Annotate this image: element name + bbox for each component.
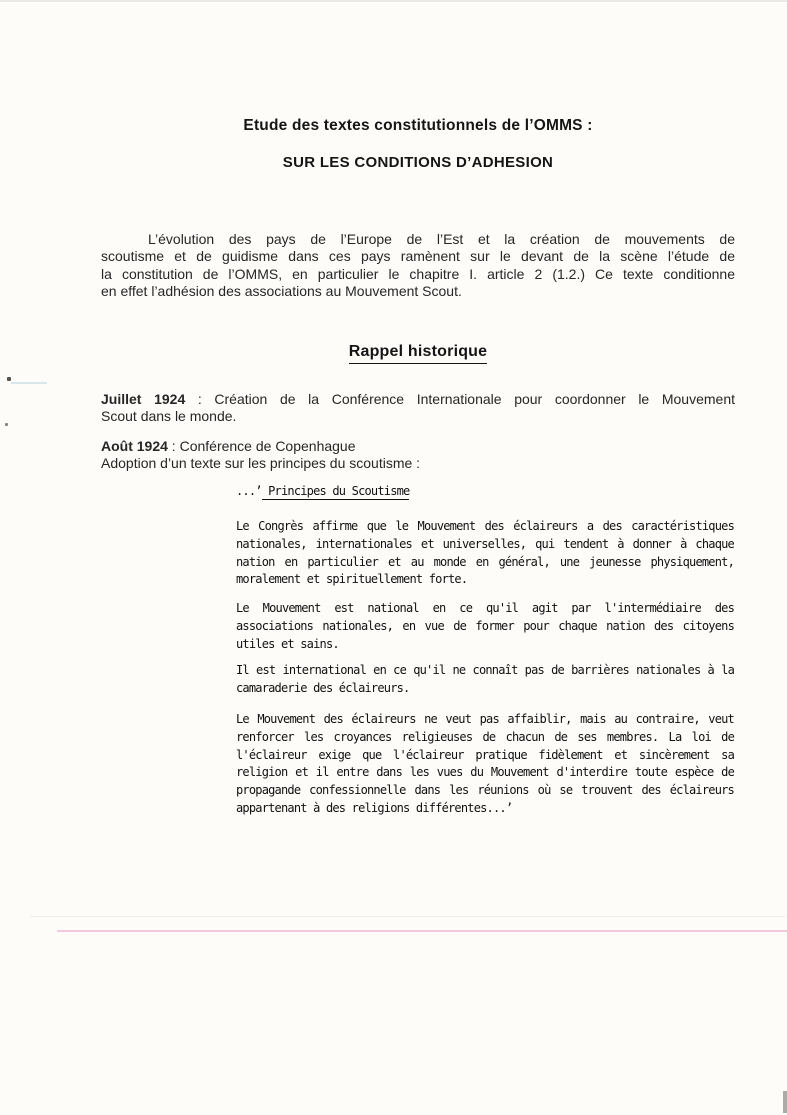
quote-paragraph-3: Il est international en ce qu'il ne conn… — [236, 662, 734, 698]
quote-line: appartenant à des religions différentes.… — [236, 800, 734, 818]
quote-line: utiles et sains. — [236, 636, 734, 654]
event-line: Scout dans le monde. — [101, 408, 735, 425]
quote-line: renforcer les croyances religieuses de c… — [236, 729, 734, 747]
quote-line: Le Congrès affirme que le Mouvement des … — [236, 518, 734, 536]
intro-line: en effet l’adhésion des associations au … — [101, 283, 735, 300]
scan-pink-rule-line — [57, 930, 787, 932]
event-date: Juillet 1924 — [101, 391, 185, 407]
quote-line: moralement et spirituellement forte. — [236, 571, 734, 589]
section-heading-row: Rappel historique — [101, 343, 735, 364]
section-heading: Rappel historique — [349, 343, 488, 364]
document-title-line1: Etude des textes constitutionnels de l’O… — [101, 117, 735, 135]
quote-line: Le Mouvement des éclaireurs ne veut pas … — [236, 711, 734, 729]
event-text: : Conférence de Copenhague — [168, 438, 356, 454]
event-date: Août 1924 — [101, 438, 168, 454]
intro-paragraph: L’évolution des pays de l’Europe de l’Es… — [101, 231, 735, 301]
event-line: Juillet 1924 : Création de la Conférence… — [101, 391, 735, 408]
quote-heading: Principes du Scoutisme — [262, 484, 410, 500]
event-juillet-1924: Juillet 1924 : Création de la Conférence… — [101, 391, 735, 426]
event-aout-1924: Août 1924 : Conférence de Copenhague Ado… — [101, 438, 735, 473]
intro-line: scoutisme et de guidisme dans ces pays r… — [101, 248, 735, 265]
scan-faint-rule — [30, 916, 785, 917]
document-title-line2: SUR LES CONDITIONS D’ADHESION — [101, 154, 735, 171]
quote-line: nationales, internationales et universel… — [236, 536, 734, 554]
quote-opening-mark: ...’ — [236, 484, 262, 498]
scan-speck — [5, 423, 8, 426]
scan-speck — [7, 377, 11, 381]
intro-line: la constitution de l’OMMS, en particulie… — [101, 266, 735, 283]
quote-paragraph-4: Le Mouvement des éclaireurs ne veut pas … — [236, 711, 734, 818]
event-text: : Création de la Conférence Internationa… — [185, 391, 735, 407]
quote-paragraph-2: Le Mouvement est national en ce qu'il ag… — [236, 600, 734, 653]
intro-line: L’évolution des pays de l’Europe de l’Es… — [101, 231, 735, 248]
quote-line: Il est international en ce qu'il ne conn… — [236, 662, 734, 680]
quote-line: camaraderie des éclaireurs. — [236, 680, 734, 698]
scan-corner-shadow — [783, 1091, 787, 1113]
quote-line: propagande confessionnelle dans les réun… — [236, 782, 734, 800]
quote-paragraph-1: Le Congrès affirme que le Mouvement des … — [236, 518, 734, 589]
scanned-document-page: { "document": { "title_line1": "Etude de… — [0, 0, 787, 1115]
quote-line: religion et il entre dans les vues du Mo… — [236, 764, 734, 782]
scan-top-edge-shadow — [0, 0, 787, 2]
quote-line: l'éclaireur exige que l'éclaireur pratiq… — [236, 747, 734, 765]
quote-heading-line: ...’ Principes du Scoutisme — [236, 483, 734, 501]
event-line: Adoption d’un texte sur les principes du… — [101, 455, 735, 472]
event-line: Août 1924 : Conférence de Copenhague — [101, 438, 735, 455]
quote-line: associations nationales, en vue de forme… — [236, 618, 734, 636]
quote-line: Le Mouvement est national en ce qu'il ag… — [236, 600, 734, 618]
quote-line: nation en particulier et au monde en gén… — [236, 554, 734, 572]
scan-blue-dash — [11, 382, 47, 384]
